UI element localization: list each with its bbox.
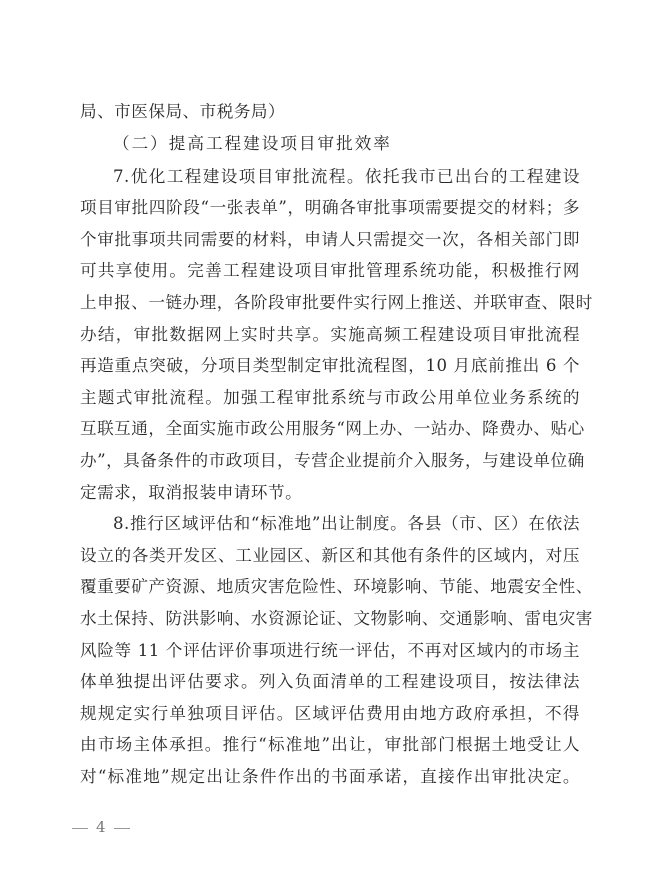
text-line: 办结，审批数据网上实时共享。实施高频工程建设项目审批流程 xyxy=(80,319,580,351)
text-line: 定需求，取消报装申请环节。 xyxy=(80,477,580,509)
paragraph-8-line: 8.推行区域评估和“标准地”出让制度。各县（市、区）在依法 xyxy=(80,508,580,540)
text-line: 再造重点突破，分项目类型制定审批流程图，10 月底前推出 6 个 xyxy=(80,350,580,382)
page-footer: 4 xyxy=(64,818,138,836)
text-line: 可共享使用。完善工程建设项目审批管理系统功能，积极推行网 xyxy=(80,255,580,287)
dash-left xyxy=(72,828,88,829)
text-line: 规规定实行单独项目评估。区域评估费用由地方政府承担，不得 xyxy=(80,698,580,730)
text-line: 水土保持、防洪影响、水资源论证、文物影响、交通影响、雷电灾害 xyxy=(80,603,580,635)
text-line: 体单独提出评估要求。列入负面清单的工程建设项目，按法律法 xyxy=(80,666,580,698)
section-heading: （二）提高工程建设项目审批效率 xyxy=(80,128,580,161)
text-line: 项目审批四阶段“一张表单”，明确各审批事项需要提交的材料；多 xyxy=(80,192,580,224)
dash-right xyxy=(114,828,130,829)
text-line: 互联互通，全面实施市政公用服务“网上办、一站办、降费办、贴心 xyxy=(80,413,580,445)
text-line: 局、市医保局、市税务局） xyxy=(80,96,580,128)
text-line: 个审批事项共同需要的材料，申请人只需提交一次，各相关部门即 xyxy=(80,224,580,256)
text-line: 主题式审批流程。加强工程审批系统与市政公用单位业务系统的 xyxy=(80,382,580,414)
document-body: 局、市医保局、市税务局） （二）提高工程建设项目审批效率 7.优化工程建设项目审… xyxy=(80,96,580,792)
page-number: 4 xyxy=(96,818,106,836)
text-line: 覆重要矿产资源、地质灾害危险性、环境影响、节能、地震安全性、 xyxy=(80,571,580,603)
text-line: 上申报、一链办理，各阶段审批要件实行网上推送、并联审查、限时 xyxy=(80,287,580,319)
paragraph-7-line: 7.优化工程建设项目审批流程。依托我市已出台的工程建设 xyxy=(80,161,580,193)
text-line: 风险等 11 个评估评价事项进行统一评估，不再对区域内的市场主 xyxy=(80,635,580,667)
text-line: 设立的各类开发区、工业园区、新区和其他有条件的区域内，对压 xyxy=(80,540,580,572)
text-line: 由市场主体承担。推行“标准地”出让，审批部门根据土地受让人 xyxy=(80,729,580,761)
text-line: 对“标准地”规定出让条件作出的书面承诺，直接作出审批决定。 xyxy=(80,761,580,793)
text-line: 办”，具备条件的市政项目，专营企业提前介入服务，与建设单位确 xyxy=(80,445,580,477)
